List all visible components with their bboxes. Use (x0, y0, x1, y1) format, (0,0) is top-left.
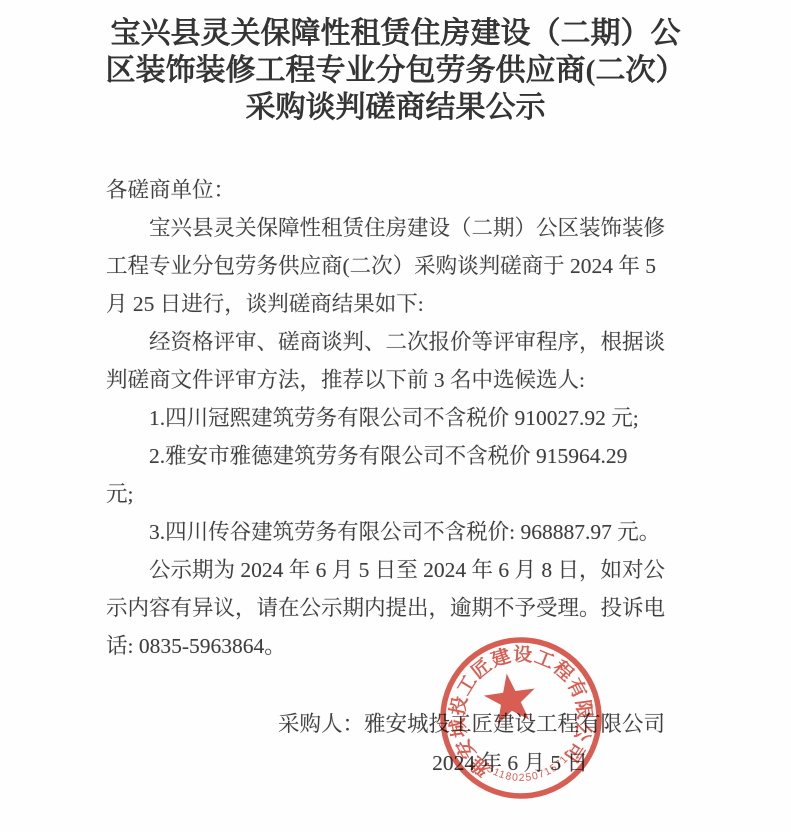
body-line: 话: 0835-5963864。 (106, 627, 791, 665)
title-line: 区装饰装修工程专业分包劳务供应商(二次） (0, 52, 791, 89)
document-body: 各磋商单位： 宝兴县灵关保障性租赁住房建设（二期）公区装饰装修 工程专业分包劳务… (0, 171, 791, 665)
body-line: 宝兴县灵关保障性租赁住房建设（二期）公区装饰装修 (106, 209, 791, 247)
body-line: 元; (106, 475, 791, 513)
signature-block: 采购人：雅安城投工匠建设工程有限公司 2024 年 6 月 5 日 (0, 705, 791, 783)
date-line: 2024 年 6 月 5 日 (0, 743, 791, 783)
document-title: 宝兴县灵关保障性租赁住房建设（二期）公 区装饰装修工程专业分包劳务供应商(二次）… (0, 0, 791, 126)
body-line: 3.四川传谷建筑劳务有限公司不含税价: 968887.97 元。 (106, 513, 791, 551)
body-line: 各磋商单位： (106, 171, 791, 209)
body-line: 判磋商文件评审方法，推荐以下前 3 名中选候选人: (106, 361, 791, 399)
body-line: 月 25 日进行，谈判磋商结果如下: (106, 285, 791, 323)
document-page: 宝兴县灵关保障性租赁住房建设（二期）公 区装饰装修工程专业分包劳务供应商(二次）… (0, 0, 791, 832)
body-line: 示内容有异议，请在公示期内提出，逾期不予受理。投诉电 (106, 589, 791, 627)
body-line: 1.四川冠熙建筑劳务有限公司不含税价 910027.92 元; (106, 399, 791, 437)
title-line: 采购谈判磋商结果公示 (0, 89, 791, 126)
title-line: 宝兴县灵关保障性租赁住房建设（二期）公 (0, 15, 791, 52)
body-line: 经资格评审、磋商谈判、二次报价等评审程序，根据谈 (106, 323, 791, 361)
body-line: 公示期为 2024 年 6 月 5 日至 2024 年 6 月 8 日，如对公 (106, 551, 791, 589)
body-line: 工程专业分包劳务供应商(二次）采购谈判磋商于 2024 年 5 (106, 247, 791, 285)
body-line: 2.雅安市雅德建筑劳务有限公司不含税价 915964.29 (106, 437, 791, 475)
purchaser-line: 采购人：雅安城投工匠建设工程有限公司 (0, 705, 791, 743)
